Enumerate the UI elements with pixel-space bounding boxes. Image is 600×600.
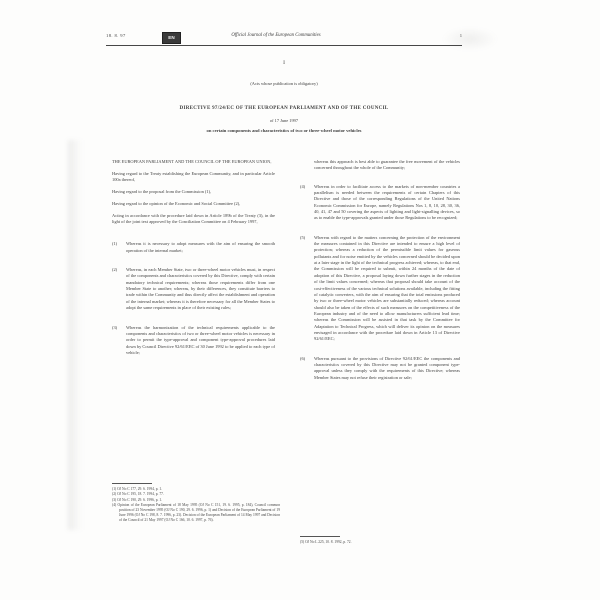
recital-1-number: (1) xyxy=(112,241,117,247)
scan-shadow-band xyxy=(68,140,84,530)
footnote-1: (1) OJ No C 177, 29. 6. 1994, p. 1. xyxy=(112,487,280,492)
recital-3-number: (3) xyxy=(112,325,117,331)
footnote-separator-left xyxy=(112,483,152,484)
recital-4: (4) Whereas in order to facilitate acces… xyxy=(300,184,460,222)
footnote-5: (5) OJ No L 225, 10. 8. 1992, p. 72. xyxy=(300,540,460,545)
footnote-4: (4) Opinion of the European Parliament o… xyxy=(112,503,280,523)
journal-title: Official Journal of the European Communi… xyxy=(106,33,446,38)
preamble-treaty: Having regard to the Treaty establishing… xyxy=(112,171,275,184)
preamble-esc-opinion: Having regard to the opinion of the Econ… xyxy=(112,201,275,207)
recital-6: (6) Whereas pursuant to the provisions o… xyxy=(300,356,460,381)
directive-date: of 17 June 1997 xyxy=(106,118,462,123)
recital-2-number: (2) xyxy=(112,267,117,273)
recital-5-number: (5) xyxy=(300,235,305,241)
recital-5-text: Whereas with regard to the matters conce… xyxy=(314,235,460,342)
header-rule xyxy=(106,45,462,46)
footnotes-right: (5) OJ No L 225, 10. 8. 1992, p. 72. xyxy=(300,536,460,545)
preamble-enacting-parties: THE EUROPEAN PARLIAMENT AND THE COUNCIL … xyxy=(112,159,275,165)
footnote-separator-right xyxy=(300,536,340,537)
right-column: whereas this approach is best able to gu… xyxy=(300,159,460,394)
directive-subject: on certain components and characteristic… xyxy=(106,128,462,133)
left-column: THE EUROPEAN PARLIAMENT AND THE COUNCIL … xyxy=(112,159,275,369)
recital-1-text: Whereas it is necessary to adopt measure… xyxy=(126,241,275,252)
recital-6-text: Whereas pursuant to the provisions of Di… xyxy=(314,356,460,380)
recital-2: (2) Whereas, in each Member State, two o… xyxy=(112,267,275,311)
acts-obligatory-note: (Acts whose publication is obligatory) xyxy=(106,81,462,86)
recital-3-continuation: whereas this approach is best able to gu… xyxy=(300,159,460,172)
footnote-3: (3) OJ No C 190, 29. 6. 1996, p. 1. xyxy=(112,498,280,503)
footnote-2: (2) OJ No C 195, 18. 7. 1994, p. 77. xyxy=(112,492,280,497)
recital-4-number: (4) xyxy=(300,184,305,190)
preamble-proposal: Having regard to the proposal from the C… xyxy=(112,189,275,195)
recital-4-text: Whereas in order to facilitate access to… xyxy=(314,184,460,221)
footnotes-left: (1) OJ No C 177, 29. 6. 1994, p. 1. (2) … xyxy=(112,483,280,524)
recital-1: (1) Whereas it is necessary to adopt mea… xyxy=(112,241,275,254)
section-marker: I xyxy=(106,60,462,66)
recital-2-text: Whereas, in each Member State, two or th… xyxy=(126,267,275,310)
recital-6-number: (6) xyxy=(300,356,305,362)
header-page-number: 1 xyxy=(442,33,462,38)
recital-5: (5) Whereas with regard to the matters c… xyxy=(300,235,460,343)
preamble-procedure: Acting in accordance with the procedure … xyxy=(112,213,275,226)
page-content: 18. 8. 97 EN Official Journal of the Eur… xyxy=(106,0,462,600)
directive-title: DIRECTIVE 97/24/EC OF THE EUROPEAN PARLI… xyxy=(106,106,462,111)
recital-3: (3) Whereas the harmonization of the tec… xyxy=(112,325,275,357)
recital-3-text: Whereas the harmonization of the technic… xyxy=(126,325,275,355)
scanned-document-page: 18. 8. 97 EN Official Journal of the Eur… xyxy=(0,0,600,600)
